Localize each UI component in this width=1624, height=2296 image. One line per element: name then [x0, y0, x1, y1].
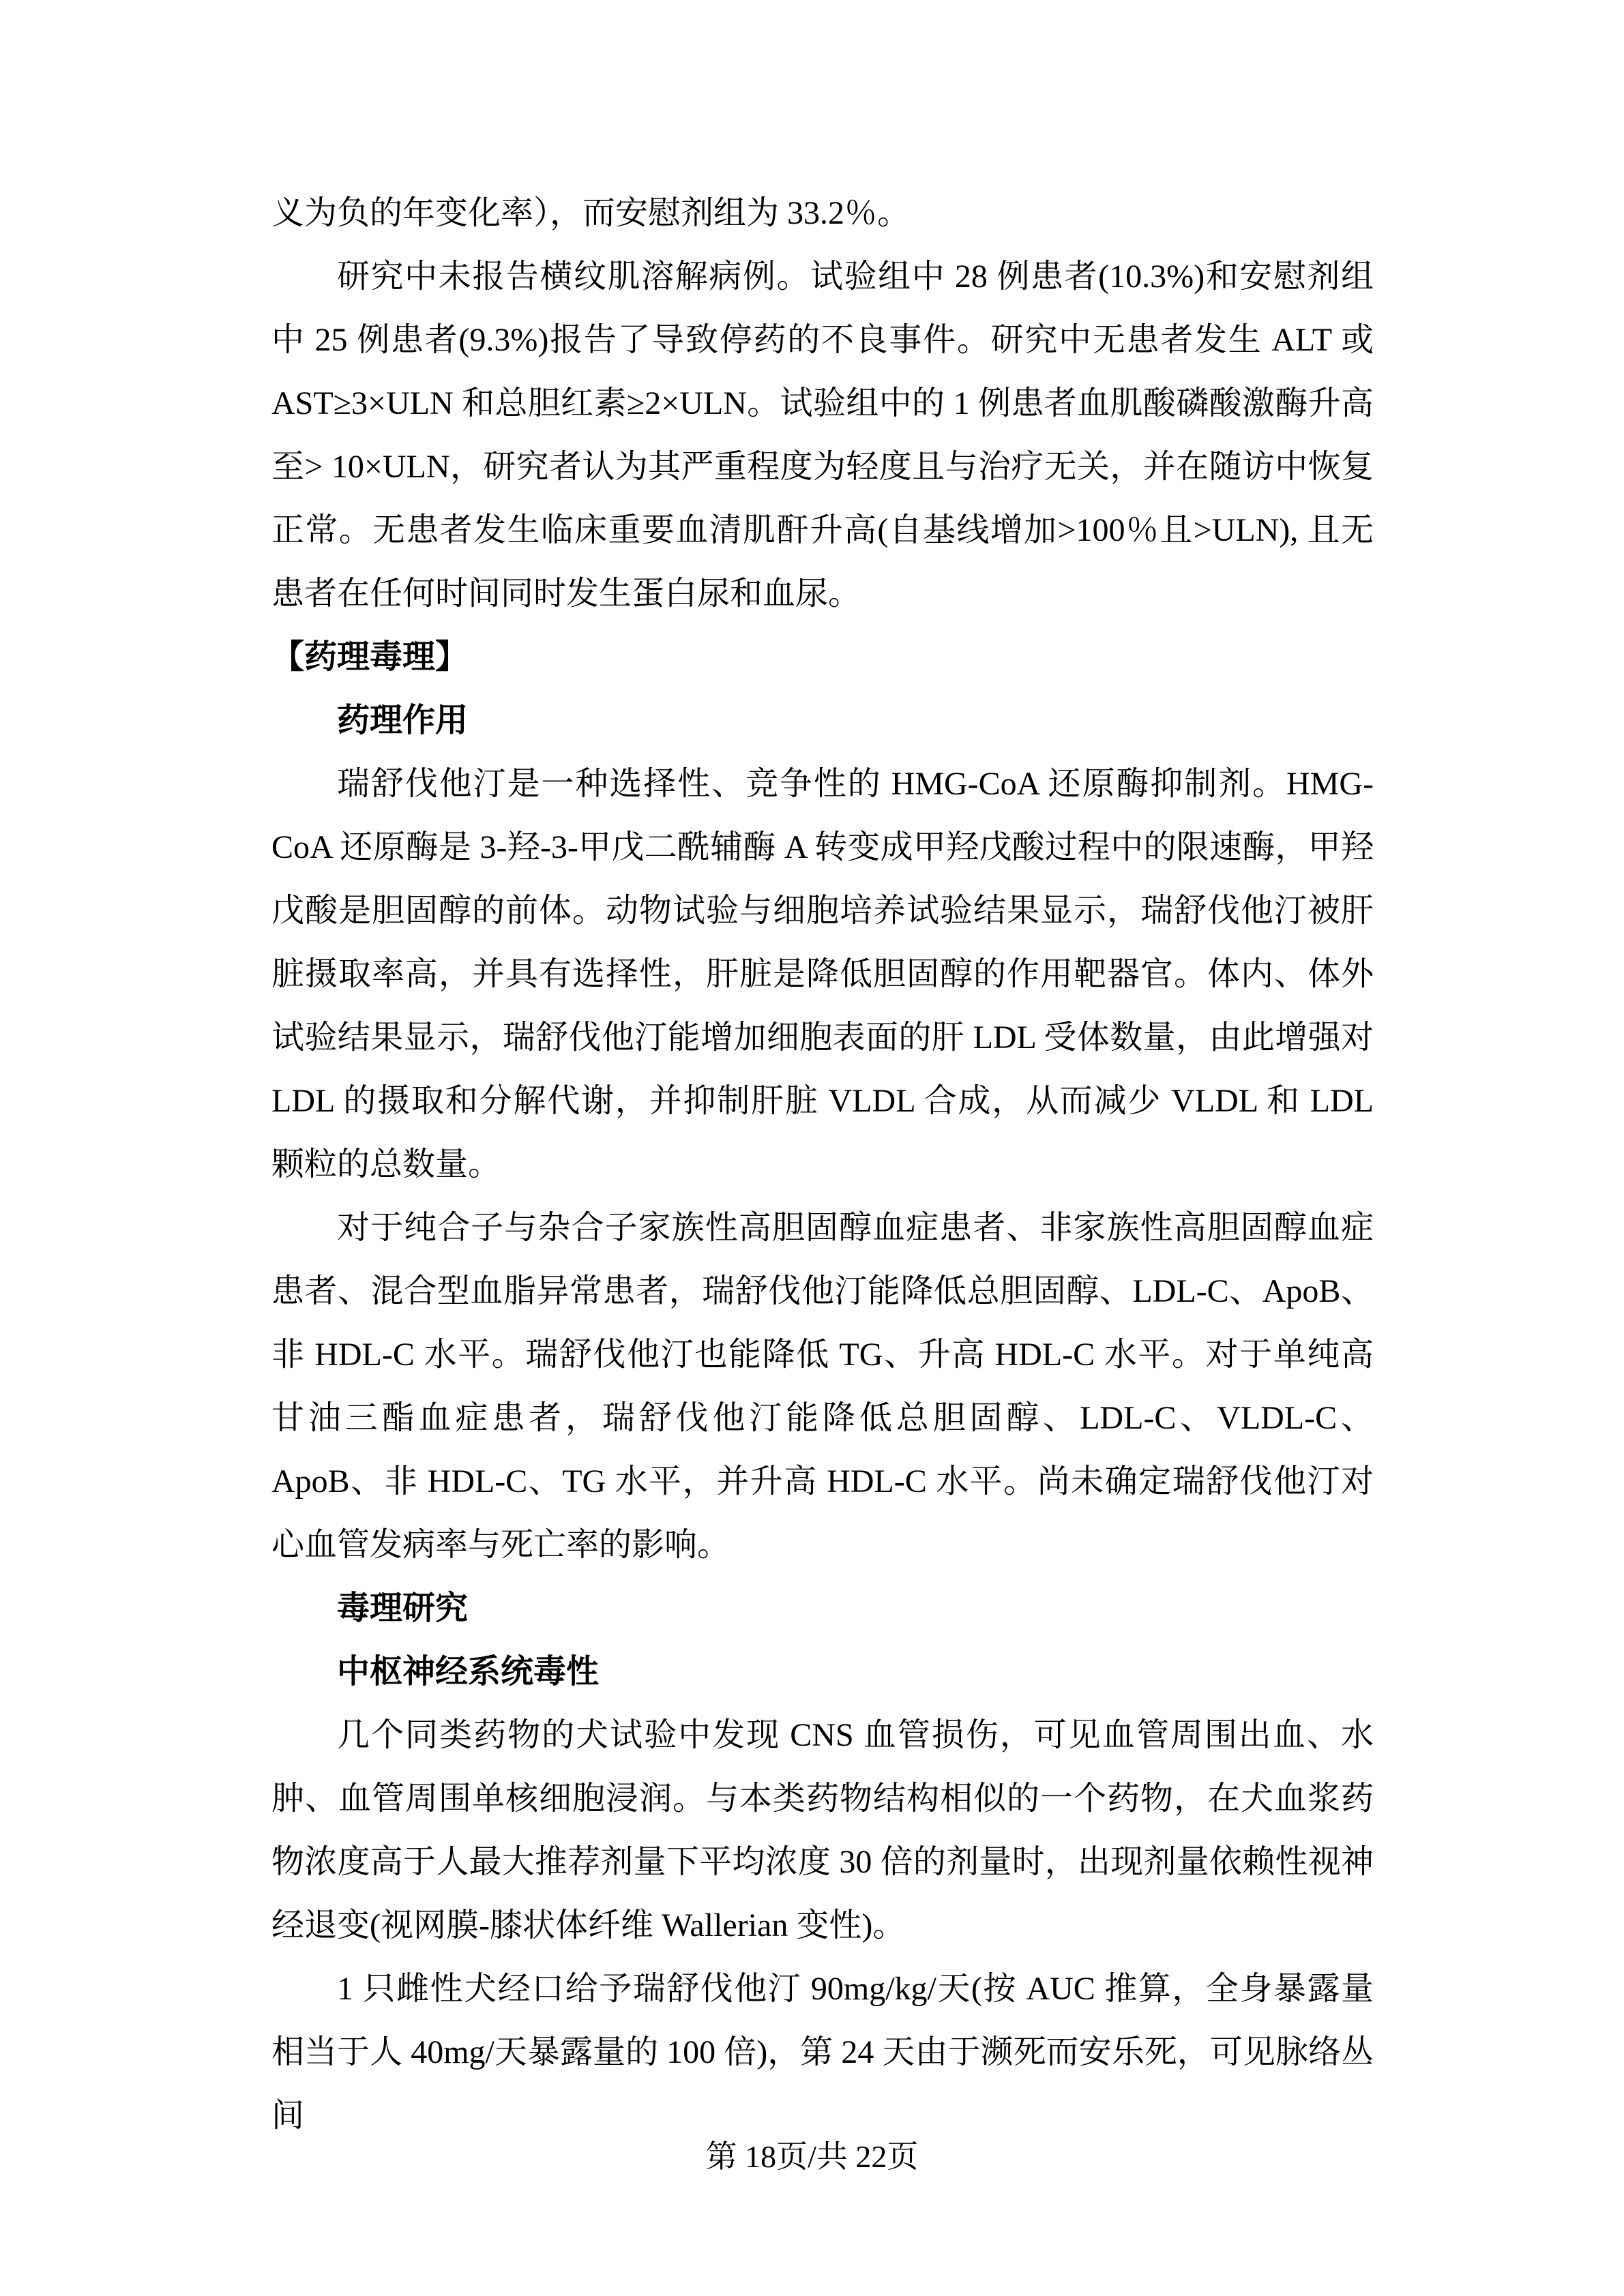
section-heading: 【药理毒理】: [271, 625, 1374, 689]
paragraph: 研究中未报告横纹肌溶解病例。试验组中 28 例患者(10.3%)和安慰剂组中 2…: [271, 245, 1374, 625]
page-number-footer: 第 18页/共 22页: [0, 2133, 1624, 2181]
paragraph: 对于纯合子与杂合子家族性高胆固醇血症患者、非家族性高胆固醇血症患者、混合型血脂异…: [271, 1196, 1374, 1577]
subsection-heading: 毒理研究: [271, 1577, 1374, 1640]
paragraph-continuation: 义为负的年变化率），而安慰剂组为 33.2％。: [271, 181, 1374, 245]
document-page: 义为负的年变化率），而安慰剂组为 33.2％。研究中未报告横纹肌溶解病例。试验组…: [0, 0, 1624, 2296]
paragraph: 1 只雌性犬经口给予瑞舒伐他汀 90mg/kg/天(按 AUC 推算，全身暴露量…: [271, 1957, 1374, 2147]
paragraph: 瑞舒伐他汀是一种选择性、竞争性的 HMG-CoA 还原酶抑制剂。HMG-CoA …: [271, 752, 1374, 1196]
document-body: 义为负的年变化率），而安慰剂组为 33.2％。研究中未报告横纹肌溶解病例。试验组…: [271, 181, 1374, 2147]
subsection-heading: 药理作用: [271, 689, 1374, 752]
paragraph: 几个同类药物的犬试验中发现 CNS 血管损伤，可见血管周围出血、水肿、血管周围单…: [271, 1703, 1374, 1957]
subsection-heading: 中枢神经系统毒性: [271, 1640, 1374, 1703]
